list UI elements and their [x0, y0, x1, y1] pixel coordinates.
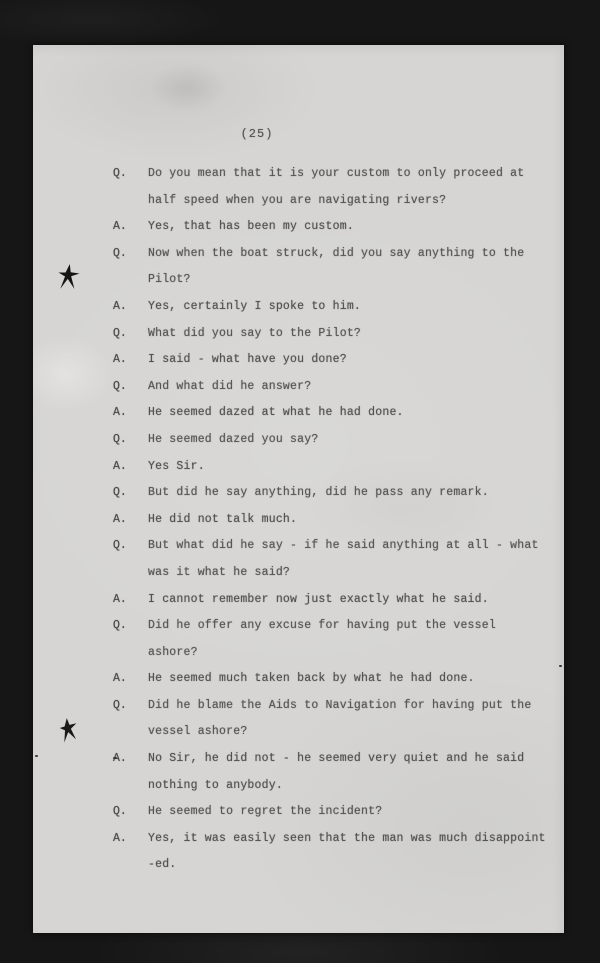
qa-line: Yes, it was easily seen that the man was… [148, 826, 553, 853]
qa-entry: Q. He seemed dazed you say? [113, 427, 553, 454]
qa-lines: He did not talk much. [148, 507, 553, 534]
transcript: Q. Do you mean that it is your custom to… [113, 161, 553, 879]
qa-line: No Sir, he did not - he seemed very quie… [148, 746, 553, 773]
qa-entry: A. Yes, certainly I spoke to him. [113, 294, 553, 321]
qa-line: I said - what have you done? [148, 347, 553, 374]
qa-entry: A. He seemed much taken back by what he … [113, 666, 553, 693]
qa-line: ashore? [148, 640, 553, 667]
qa-line: Did he offer any excuse for having put t… [148, 613, 553, 640]
qa-speaker: Q. [113, 321, 148, 348]
qa-lines: Do you mean that it is your custom to on… [148, 161, 553, 214]
paper-speck [35, 755, 38, 757]
qa-speaker: A. [113, 746, 148, 773]
qa-entry: Q. What did you say to the Pilot? [113, 321, 553, 348]
qa-speaker: Q. [113, 161, 148, 188]
qa-line: He seemed much taken back by what he had… [148, 666, 553, 693]
qa-line: half speed when you are navigating river… [148, 188, 553, 215]
qa-lines: But what did he say - if he said anythin… [148, 533, 553, 586]
qa-entry: Q. Do you mean that it is your custom to… [113, 161, 553, 214]
qa-entry: A. No Sir, he did not - he seemed very q… [113, 746, 553, 799]
qa-speaker: Q. [113, 374, 148, 401]
scan-background: (25) Q. Do you mean that it is your cust… [0, 0, 600, 963]
qa-lines: And what did he answer? [148, 374, 553, 401]
qa-speaker: A. [113, 400, 148, 427]
ink-blot-icon [59, 717, 79, 748]
qa-speaker: A. [113, 666, 148, 693]
qa-speaker: Q. [113, 480, 148, 507]
qa-lines: Now when the boat struck, did you say an… [148, 241, 553, 294]
qa-lines: He seemed to regret the incident? [148, 799, 553, 826]
qa-speaker: A. [113, 507, 148, 534]
qa-speaker: Q. [113, 693, 148, 720]
qa-entry: Q. Now when the boat struck, did you say… [113, 241, 553, 294]
qa-lines: No Sir, he did not - he seemed very quie… [148, 746, 553, 799]
qa-line: Did he blame the Aids to Navigation for … [148, 693, 553, 720]
qa-entry: Q. Did he blame the Aids to Navigation f… [113, 693, 553, 746]
qa-line: I cannot remember now just exactly what … [148, 587, 553, 614]
qa-lines: I cannot remember now just exactly what … [148, 587, 553, 614]
qa-lines: Yes, that has been my custom. [148, 214, 553, 241]
qa-entry: Q. He seemed to regret the incident? [113, 799, 553, 826]
qa-line: Yes, certainly I spoke to him. [148, 294, 553, 321]
qa-speaker: Q. [113, 799, 148, 826]
qa-line: Yes Sir. [148, 454, 553, 481]
qa-lines: Yes, it was easily seen that the man was… [148, 826, 553, 879]
qa-lines: But did he say anything, did he pass any… [148, 480, 553, 507]
qa-lines: He seemed dazed at what he had done. [148, 400, 553, 427]
qa-entry: Q. But what did he say - if he said anyt… [113, 533, 553, 586]
qa-speaker: A. [113, 294, 148, 321]
qa-line: But did he say anything, did he pass any… [148, 480, 553, 507]
qa-lines: I said - what have you done? [148, 347, 553, 374]
qa-speaker: Q. [113, 241, 148, 268]
paper-speck [113, 757, 117, 759]
qa-entry: A. Yes, that has been my custom. [113, 214, 553, 241]
qa-entry: A. He seemed dazed at what he had done. [113, 400, 553, 427]
qa-speaker: Q. [113, 613, 148, 640]
document-page: (25) Q. Do you mean that it is your cust… [33, 45, 564, 933]
qa-entry: Q. But did he say anything, did he pass … [113, 480, 553, 507]
qa-lines: Yes Sir. [148, 454, 553, 481]
qa-line: Yes, that has been my custom. [148, 214, 553, 241]
qa-line: He seemed dazed at what he had done. [148, 400, 553, 427]
qa-speaker: A. [113, 214, 148, 241]
qa-line: What did you say to the Pilot? [148, 321, 553, 348]
qa-line: was it what he said? [148, 560, 553, 587]
qa-entry: Q. And what did he answer? [113, 374, 553, 401]
qa-line: nothing to anybody. [148, 773, 553, 800]
ink-blot-icon [57, 263, 81, 296]
qa-entry: Q. Did he offer any excuse for having pu… [113, 613, 553, 666]
qa-lines: He seemed dazed you say? [148, 427, 553, 454]
qa-line: But what did he say - if he said anythin… [148, 533, 553, 560]
qa-line: He did not talk much. [148, 507, 553, 534]
qa-line: And what did he answer? [148, 374, 553, 401]
qa-entry: A. Yes, it was easily seen that the man … [113, 826, 553, 879]
qa-line: -ed. [148, 852, 553, 879]
qa-line: Now when the boat struck, did you say an… [148, 241, 553, 268]
qa-line: He seemed dazed you say? [148, 427, 553, 454]
qa-line: He seemed to regret the incident? [148, 799, 553, 826]
qa-lines: Yes, certainly I spoke to him. [148, 294, 553, 321]
qa-entry: A. Yes Sir. [113, 454, 553, 481]
qa-speaker: A. [113, 826, 148, 853]
qa-lines: What did you say to the Pilot? [148, 321, 553, 348]
qa-speaker: Q. [113, 427, 148, 454]
qa-speaker: A. [113, 347, 148, 374]
qa-lines: Did he blame the Aids to Navigation for … [148, 693, 553, 746]
qa-speaker: A. [113, 587, 148, 614]
qa-entry: A. He did not talk much. [113, 507, 553, 534]
qa-line: vessel ashore? [148, 719, 553, 746]
qa-entry: A. I said - what have you done? [113, 347, 553, 374]
qa-lines: Did he offer any excuse for having put t… [148, 613, 553, 666]
page-number: (25) [241, 127, 274, 141]
qa-line: Pilot? [148, 267, 553, 294]
qa-speaker: Q. [113, 533, 148, 560]
qa-lines: He seemed much taken back by what he had… [148, 666, 553, 693]
qa-line: Do you mean that it is your custom to on… [148, 161, 553, 188]
paper-speck [559, 665, 562, 667]
qa-speaker: A. [113, 454, 148, 481]
qa-entry: A. I cannot remember now just exactly wh… [113, 587, 553, 614]
paper-smudge [133, 53, 243, 123]
